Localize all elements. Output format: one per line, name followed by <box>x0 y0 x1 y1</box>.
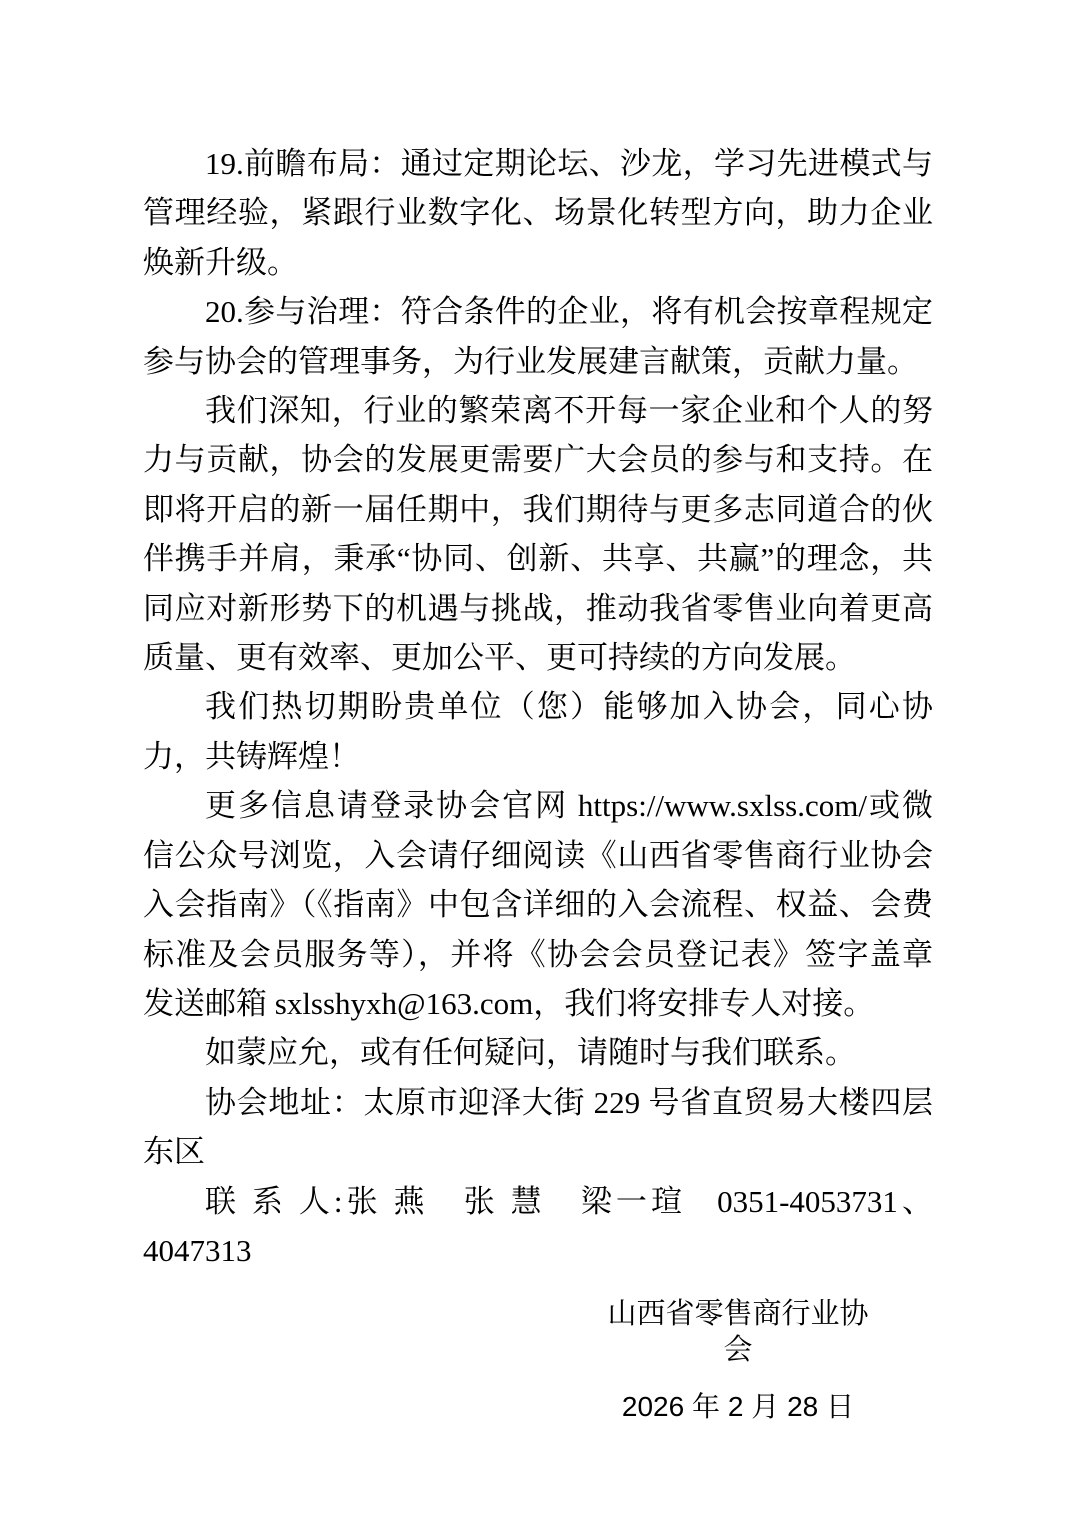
contact-names: 张 燕 张 慧 梁一瑄 <box>343 1184 687 1219</box>
signature-date-month-unit: 月 <box>751 1392 779 1423</box>
signature-date-day-unit: 日 <box>826 1392 854 1423</box>
address-line: 协会地址：太原市迎泽大街 229 号省直贸易大楼四层东区 <box>143 1078 933 1177</box>
paragraph-commitment: 我们深知，行业的繁荣离不开每一家企业和个人的努力与贡献，协会的发展更需要广大会员… <box>143 386 933 682</box>
signature-date: 2026年2月28日 <box>598 1389 878 1426</box>
paragraph-more-info: 更多信息请登录协会官网 https://www.sxlss.com/或微信公众号… <box>143 781 933 1028</box>
paragraph-item-20: 20.参与治理：符合条件的企业，将有机会按章程规定参与协会的管理事务，为行业发展… <box>143 287 933 386</box>
paragraph-item-19: 19.前瞻布局：通过定期论坛、沙龙，学习先进模式与管理经验，紧跟行业数字化、场景… <box>143 139 933 287</box>
signature-date-day: 28 <box>787 1391 818 1422</box>
paragraph-invitation: 我们热切期盼贵单位（您）能够加入协会，同心协力，共铸辉煌！ <box>143 682 933 781</box>
signature-date-year: 2026 <box>622 1391 684 1422</box>
address-label: 协会地址： <box>205 1085 363 1120</box>
document-body: 19.前瞻布局：通过定期论坛、沙龙，学习先进模式与管理经验，紧跟行业数字化、场景… <box>143 139 933 1275</box>
more-info-post: ，我们将安排专人对接。 <box>533 986 874 1021</box>
website-url: https://www.sxlss.com/ <box>578 788 867 823</box>
signature-date-month: 2 <box>728 1391 744 1422</box>
paragraph-closing: 如蒙应允，或有任何疑问，请随时与我们联系。 <box>143 1028 933 1077</box>
more-info-pre-url: 更多信息请登录协会官网 <box>205 788 578 823</box>
email-address: sxlsshyxh@163.com <box>275 986 533 1021</box>
signature-organization: 山西省零售商行业协会 <box>598 1296 878 1368</box>
contact-line: 联 系 人:张 燕 张 慧 梁一瑄0351-4053731、4047313 <box>143 1177 933 1276</box>
contact-label: 联 系 人: <box>205 1184 343 1219</box>
signature-block: 山西省零售商行业协会 2026年2月28日 <box>598 1296 878 1426</box>
signature-date-year-unit: 年 <box>692 1392 720 1423</box>
document-page: 19.前瞻布局：通过定期论坛、沙龙，学习先进模式与管理经验，紧跟行业数字化、场景… <box>0 0 1080 1527</box>
